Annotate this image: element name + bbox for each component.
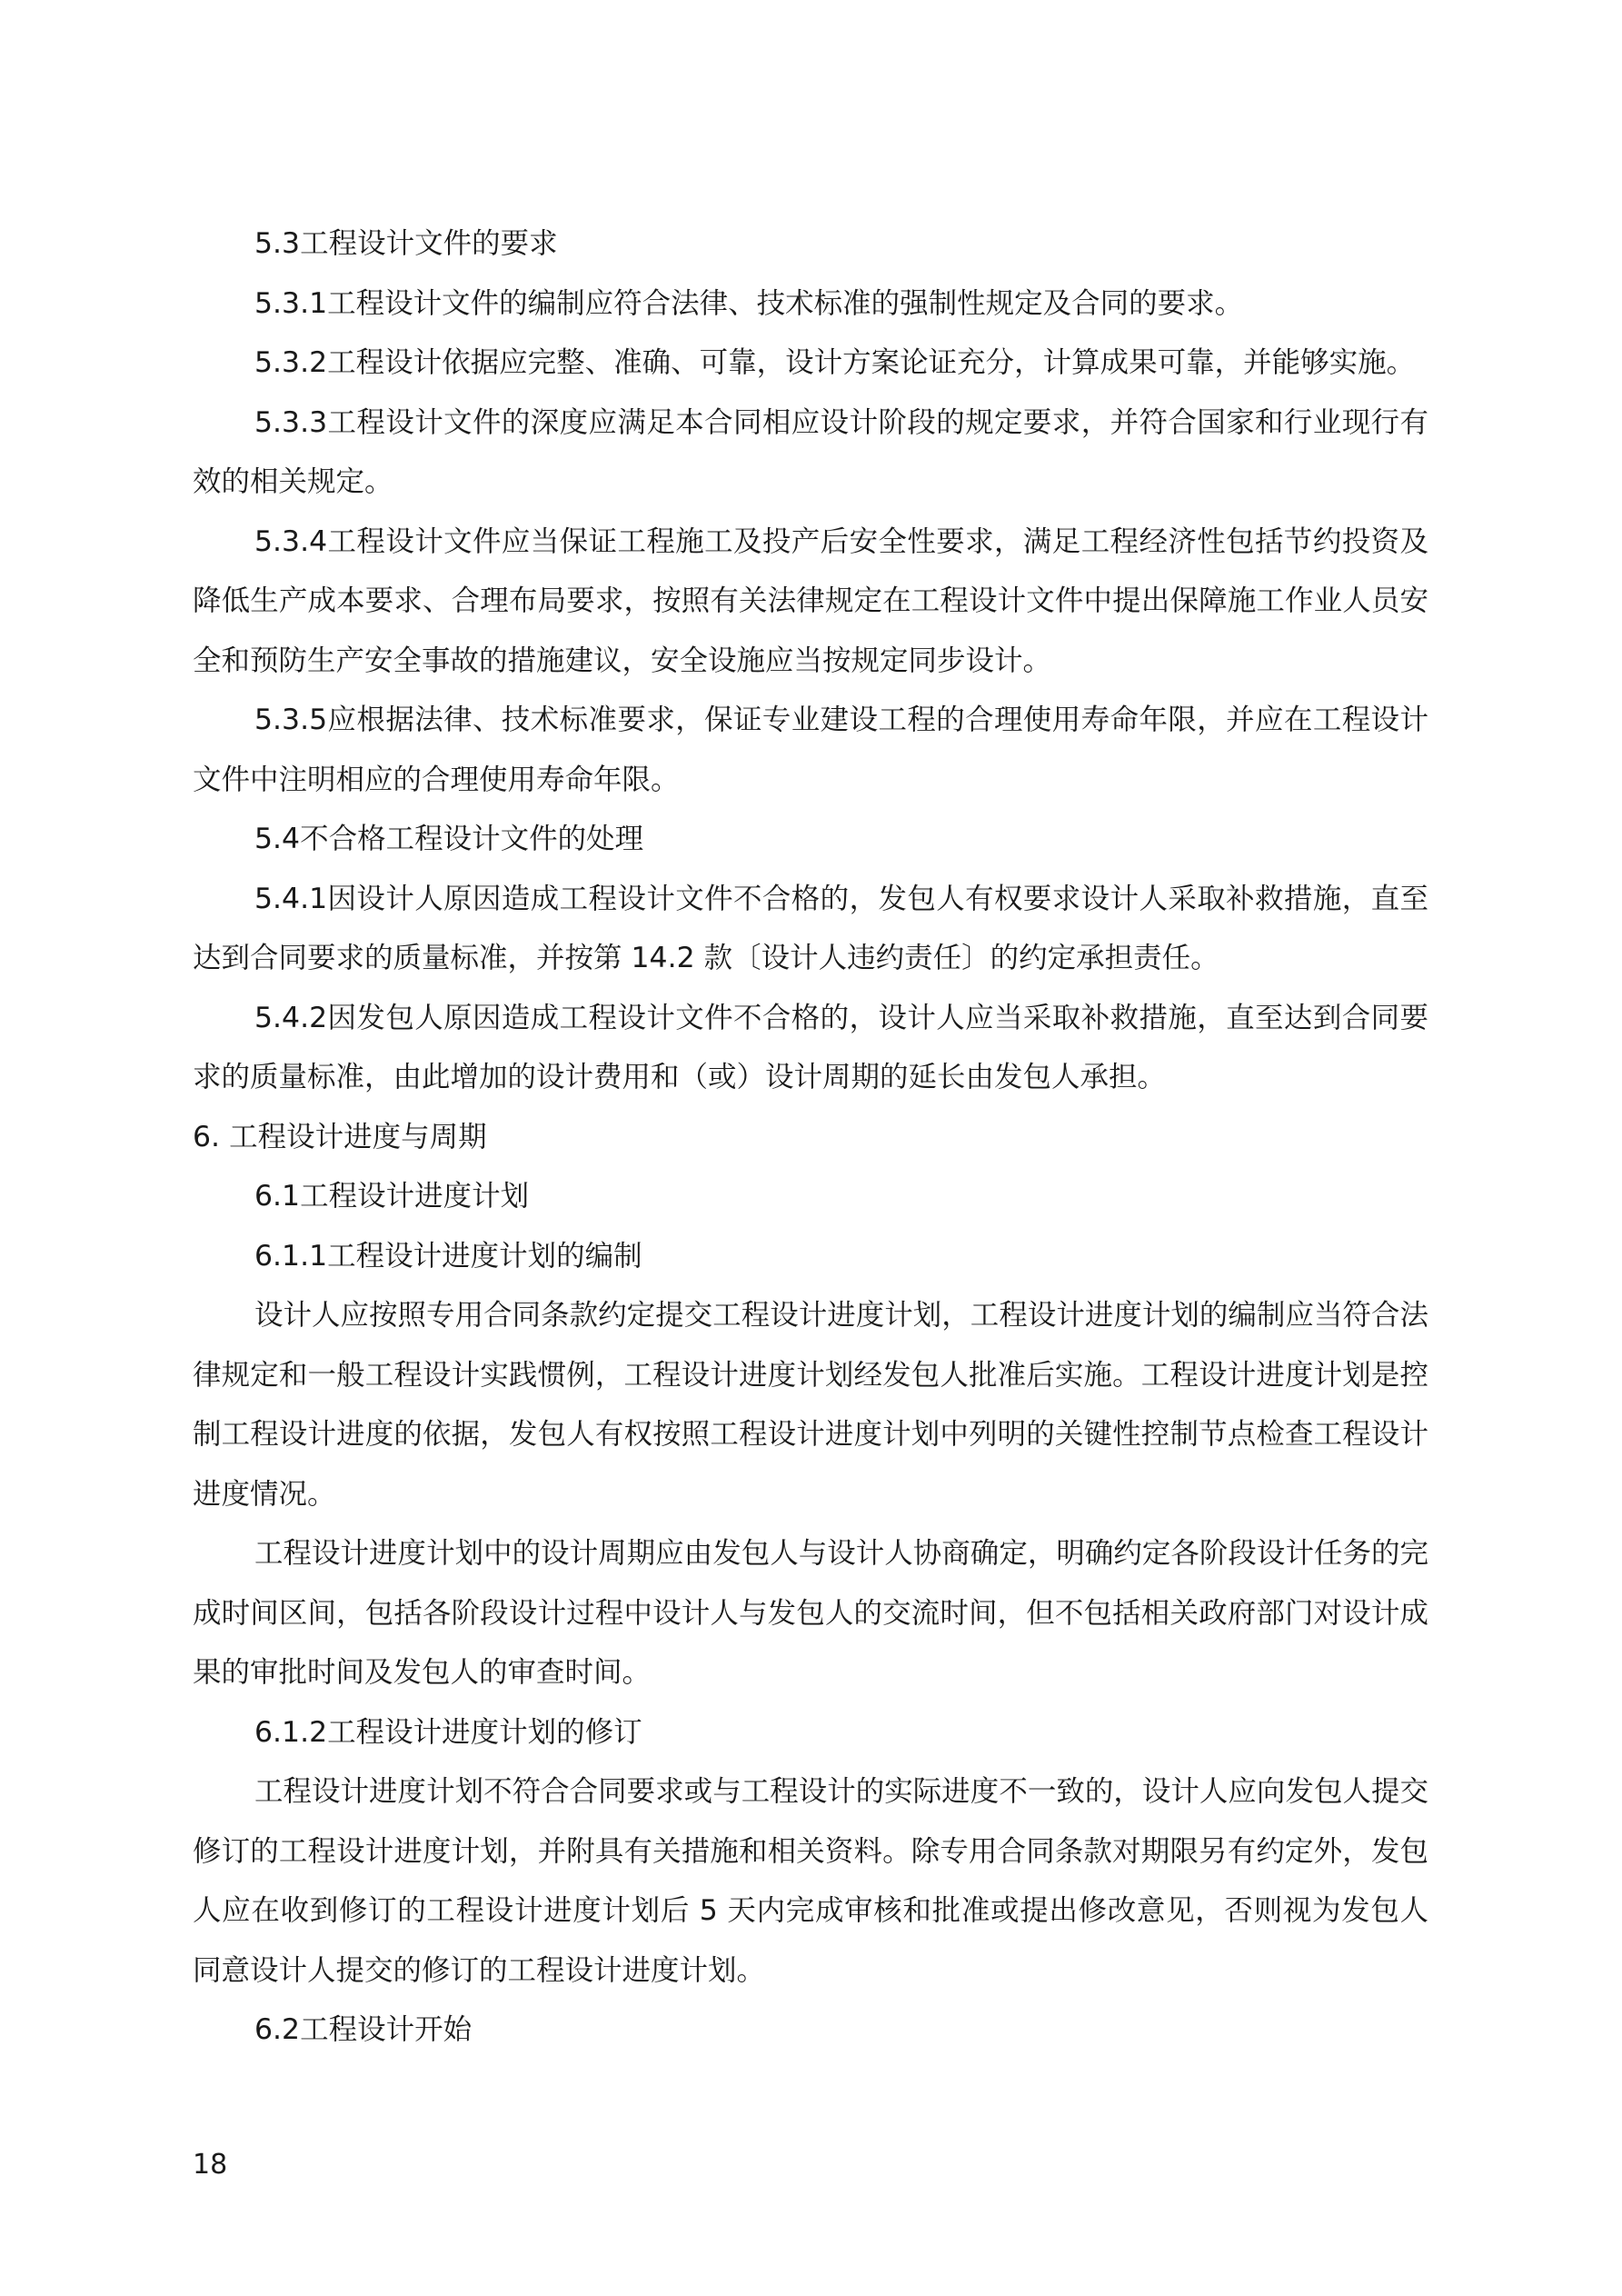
clause-6-1-1-paragraph-1: 设计人应按照专用合同条款约定提交工程设计进度计划，工程设计进度计划的编制应当符合… xyxy=(193,1286,1428,1524)
document-body: 5.3工程设计文件的要求 5.3.1工程设计文件的编制应符合法律、技术标准的强制… xyxy=(193,215,1428,2061)
clause-5-3-3: 5.3.3工程设计文件的深度应满足本合同相应设计阶段的规定要求，并符合国家和行业… xyxy=(193,394,1428,513)
clause-5-3-2: 5.3.2工程设计依据应完整、准确、可靠，设计方案论证充分，计算成果可靠，并能够… xyxy=(193,334,1428,394)
clause-6-1-2-paragraph-1: 工程设计进度计划不符合合同要求或与工程设计的实际进度不一致的，设计人应向发包人提… xyxy=(193,1762,1428,2001)
document-page: 5.3工程设计文件的要求 5.3.1工程设计文件的编制应符合法律、技术标准的强制… xyxy=(0,0,1622,2296)
clause-5-4-1: 5.4.1因设计人原因造成工程设计文件不合格的，发包人有权要求设计人采取补救措施… xyxy=(193,870,1428,989)
subsection-heading-6-1-2: 6.1.2工程设计进度计划的修订 xyxy=(193,1703,1428,1763)
subsection-heading-6-1-1: 6.1.1工程设计进度计划的编制 xyxy=(193,1227,1428,1287)
clause-5-3-4: 5.3.4工程设计文件应当保证工程施工及投产后安全性要求，满足工程经济性包括节约… xyxy=(193,513,1428,692)
page-number: 18 xyxy=(193,2147,227,2183)
clause-5-3-5: 5.3.5应根据法律、技术标准要求，保证专业建设工程的合理使用寿命年限，并应在工… xyxy=(193,691,1428,810)
clause-5-4-2: 5.4.2因发包人原因造成工程设计文件不合格的，设计人应当采取补救措施，直至达到… xyxy=(193,989,1428,1108)
chapter-heading-6: 6. 工程设计进度与周期 xyxy=(193,1108,1428,1168)
section-heading-6-2: 6.2工程设计开始 xyxy=(193,2001,1428,2061)
section-heading-5-3: 5.3工程设计文件的要求 xyxy=(193,215,1428,275)
clause-5-3-1: 5.3.1工程设计文件的编制应符合法律、技术标准的强制性规定及合同的要求。 xyxy=(193,275,1428,334)
section-heading-6-1: 6.1工程设计进度计划 xyxy=(193,1167,1428,1227)
section-heading-5-4: 5.4不合格工程设计文件的处理 xyxy=(193,810,1428,870)
clause-6-1-1-paragraph-2: 工程设计进度计划中的设计周期应由发包人与设计人协商确定，明确约定各阶段设计任务的… xyxy=(193,1524,1428,1703)
